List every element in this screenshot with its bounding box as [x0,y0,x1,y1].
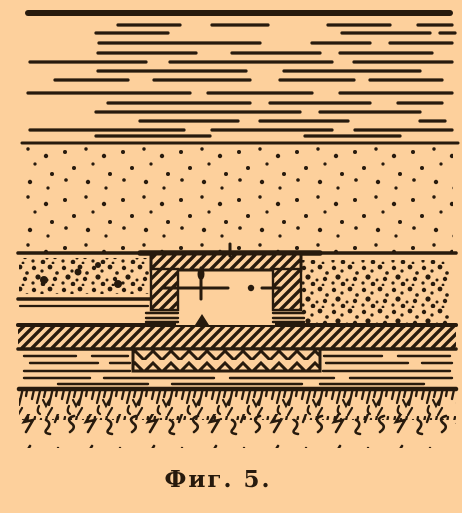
figure-caption: Фиг. 5. [0,466,436,493]
sand-layer [20,147,453,252]
gravel-layer-right [301,260,451,328]
cross-section-drawing [0,0,462,458]
chamber-interior [176,268,275,325]
centerline-dot [248,285,254,291]
grass-sparse [19,414,456,448]
gravel-layer-left [18,258,152,306]
figure-5-diagram: Фиг. 5. [0,0,462,513]
chamber-right-wall [273,269,304,322]
left-masonry-blocks [30,311,130,323]
ground-surface [19,389,456,448]
foundation-band [18,324,456,350]
left-wall-base-courses [146,313,178,322]
right-wall-base-courses [273,313,304,322]
chamber-left-wall [146,269,178,322]
base-slab [133,349,320,371]
water-layer [22,13,458,143]
chamber [146,244,304,325]
